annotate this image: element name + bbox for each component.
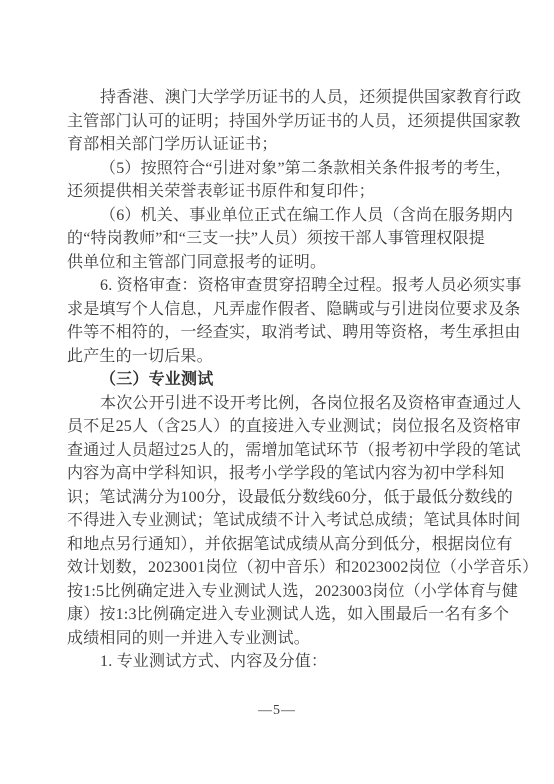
text-line: （5）按照符合“引进对象”第二条款相关条件报考的考生， <box>67 157 493 181</box>
text-line: 内容为高中学科知识，报考小学学段的笔试内容为初中学科知 <box>67 462 493 486</box>
text-line: 主管部门认可的证明；持国外学历证书的人员，还须提供国家教 <box>67 110 493 134</box>
text-line: 育部相关部门学历认证证书； <box>67 133 493 157</box>
text-line: 6. 资格审查：资格审查贯穿招聘全过程。报考人员必须实事 <box>67 274 493 298</box>
text-line: 还须提供相关荣誉表彰证书原件和复印件； <box>67 180 493 204</box>
text-line: 康）按1:3比例确定进入专业测试人选，如入围最后一名有多个 <box>67 603 493 627</box>
document-page: 持香港、澳门大学学历证书的人员，还须提供国家教育行政主管部门认可的证明；持国外学… <box>0 0 554 784</box>
text-line: 和地点另行通知），并依据笔试成绩从高分到低分，根据岗位有 <box>67 533 493 557</box>
text-line: 查通过人员超过25人的，需增加笔试环节（报考初中学段的笔试 <box>67 439 493 463</box>
page-number: —5— <box>0 703 554 719</box>
text-line: 成绩相同的则一并进入专业测试。 <box>67 627 493 651</box>
text-line: 供单位和主管部门同意报考的证明。 <box>67 251 493 275</box>
text-line: 不得进入专业测试；笔试成绩不计入考试总成绩；笔试具体时间 <box>67 509 493 533</box>
text-line: 1. 专业测试方式、内容及分值： <box>67 650 493 674</box>
text-line: 员不足25人（含25人）的直接进入专业测试；岗位报名及资格审 <box>67 415 493 439</box>
text-line: 按1:5比例确定进入专业测试人选，2023003岗位（小学体育与健 <box>67 580 493 604</box>
text-line: 的“特岗教师”和“三支一扶”人员）须按干部人事管理权限提 <box>67 227 493 251</box>
text-line: （6）机关、事业单位正式在编工作人员（含尚在服务期内 <box>67 204 493 228</box>
text-line: 识；笔试满分为100分，设最低分数线60分，低于最低分数线的 <box>67 486 493 510</box>
text-line: 此产生的一切后果。 <box>67 345 493 369</box>
document-body: 持香港、澳门大学学历证书的人员，还须提供国家教育行政主管部门认可的证明；持国外学… <box>67 86 493 674</box>
text-line: 件等不相符的，一经查实，取消考试、聘用等资格，考生承担由 <box>67 321 493 345</box>
text-line: 效计划数，2023001岗位（初中音乐）和2023002岗位（小学音乐） <box>67 556 493 580</box>
text-line: 持香港、澳门大学学历证书的人员，还须提供国家教育行政 <box>67 86 493 110</box>
text-line: （三）专业测试 <box>67 368 493 392</box>
text-line: 求是填写个人信息，凡弄虚作假者、隐瞒或与引进岗位要求及条 <box>67 298 493 322</box>
text-line: 本次公开引进不设开考比例，各岗位报名及资格审查通过人 <box>67 392 493 416</box>
